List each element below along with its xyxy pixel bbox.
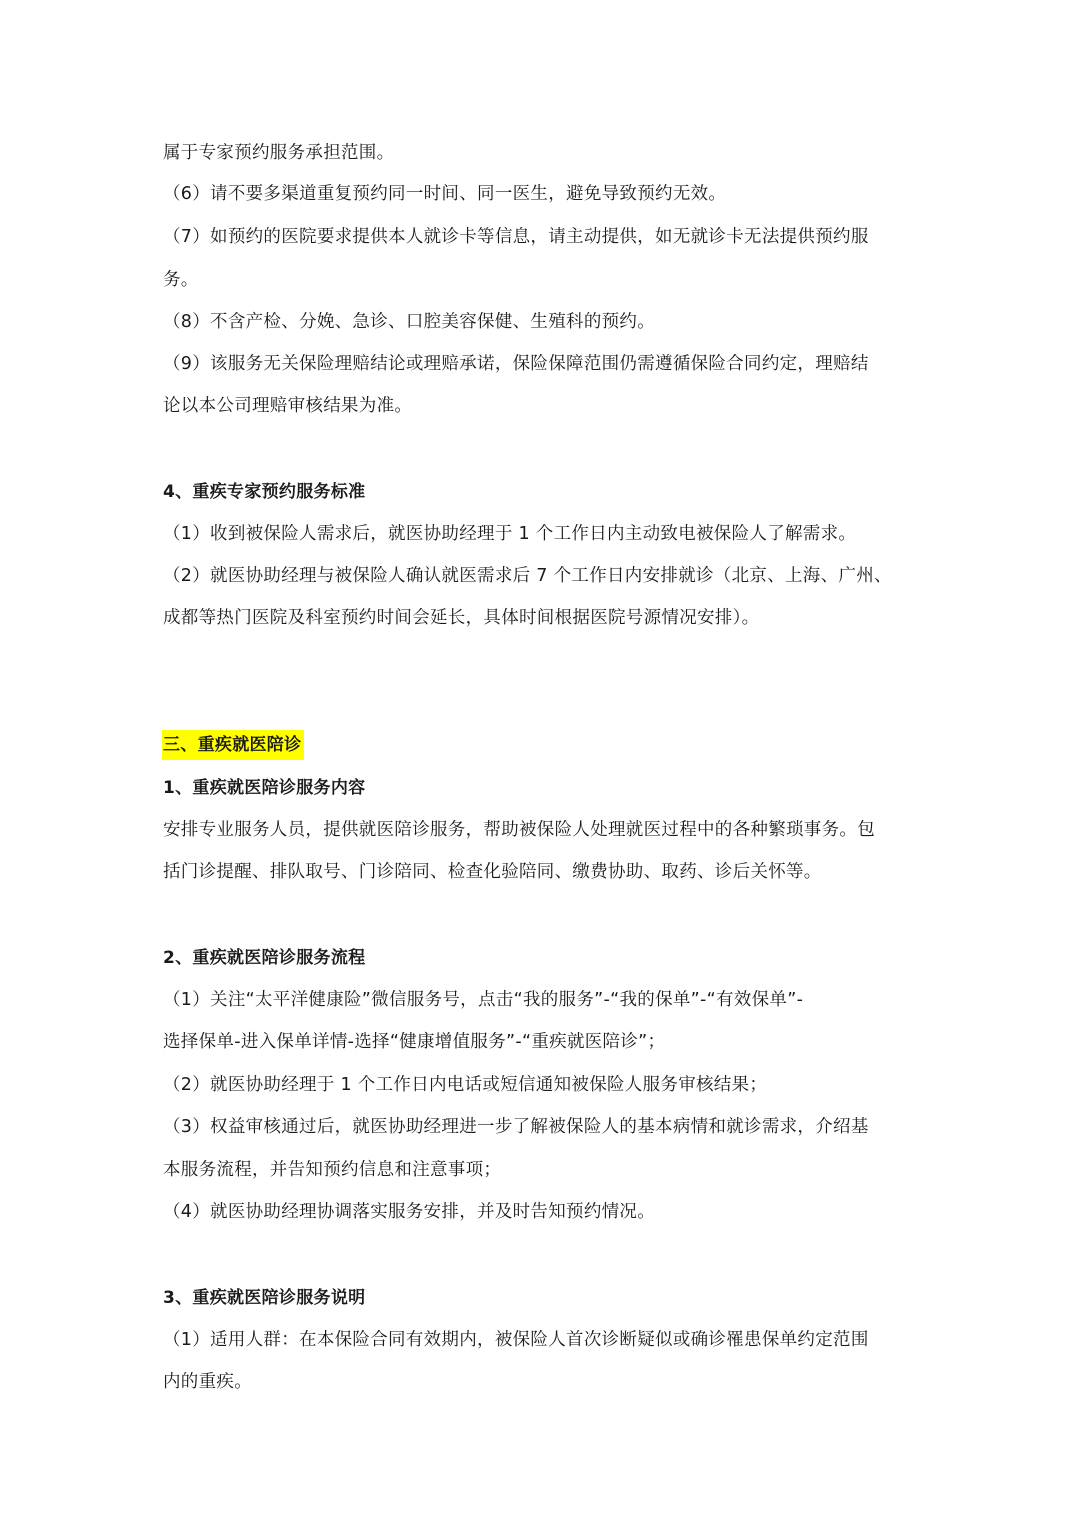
process-item-1-continuation: 选择保单-进入保单详情-选择“健康增值服务”-“重疾就医陪诊”；: [163, 1030, 665, 1054]
subheading-escort-content: 1、重疾就医陪诊服务内容: [163, 776, 365, 800]
list-item-7: （7）如预约的医院要求提供本人就诊卡等信息，请主动提供，如无就诊卡无法提供预约服: [163, 225, 869, 249]
process-item-2: （2）就医协助经理于 1 个工作日内电话或短信通知被保险人服务审核结果；: [163, 1073, 767, 1097]
subheading-escort-process: 2、重疾就医陪诊服务流程: [163, 946, 365, 970]
escort-content-paragraph-continuation: 括门诊提醒、排队取号、门诊陪同、检查化验陪同、缴费协助、取药、诊后关怀等。: [163, 860, 822, 884]
process-item-3-continuation: 本服务流程，并告知预约信息和注意事项；: [163, 1158, 501, 1182]
document-page: 属于专家预约服务承担范围。 （6）请不要多渠道重复预约同一时间、同一医生，避免导…: [0, 0, 1080, 1527]
section-heading-escort: 三、重疾就医陪诊: [163, 733, 304, 757]
section-highlight: 三、重疾就医陪诊: [162, 730, 304, 760]
escort-content-paragraph: 安排专业服务人员，提供就医陪诊服务，帮助被保险人处理就医过程中的各种繁琐事务。包: [163, 818, 875, 842]
process-item-4: （4）就医协助经理协调落实服务安排，并及时告知预约情况。: [163, 1200, 655, 1224]
list-item-6: （6）请不要多渠道重复预约同一时间、同一医生，避免导致预约无效。: [163, 182, 726, 206]
list-item-9: （9）该服务无关保险理赔结论或理赔承诺，保险保障范围仍需遵循保险合同约定，理赔结: [163, 352, 869, 376]
standard-item-2-continuation: 成都等热门医院及科室预约时间会延长，具体时间根据医院号源情况安排）。: [163, 606, 759, 630]
process-item-3: （3）权益审核通过后，就医协助经理进一步了解被保险人的基本病情和就诊需求，介绍基: [163, 1115, 869, 1139]
notes-item-1: （1）适用人群：在本保险合同有效期内，被保险人首次诊断疑似或确诊罹患保单约定范围: [163, 1328, 869, 1352]
subheading-expert-standard: 4、重疾专家预约服务标准: [163, 480, 365, 504]
process-item-1: （1）关注“太平洋健康险”微信服务号，点击“我的服务”-“我的保单”-“有效保单…: [163, 988, 803, 1012]
standard-item-1: （1）收到被保险人需求后，就医协助经理于 1 个工作日内主动致电被保险人了解需求…: [163, 522, 856, 546]
list-item-8: （8）不含产检、分娩、急诊、口腔美容保健、生殖科的预约。: [163, 310, 655, 334]
list-item-9-continuation: 论以本公司理赔审核结果为准。: [163, 394, 412, 418]
paragraph-continuation: 属于专家预约服务承担范围。: [163, 141, 394, 165]
standard-item-2: （2）就医协助经理与被保险人确认就医需求后 7 个工作日内安排就诊（北京、上海、…: [163, 564, 892, 588]
subheading-escort-notes: 3、重疾就医陪诊服务说明: [163, 1286, 365, 1310]
notes-item-1-continuation: 内的重疾。: [163, 1370, 252, 1394]
list-item-7-continuation: 务。: [163, 268, 199, 292]
